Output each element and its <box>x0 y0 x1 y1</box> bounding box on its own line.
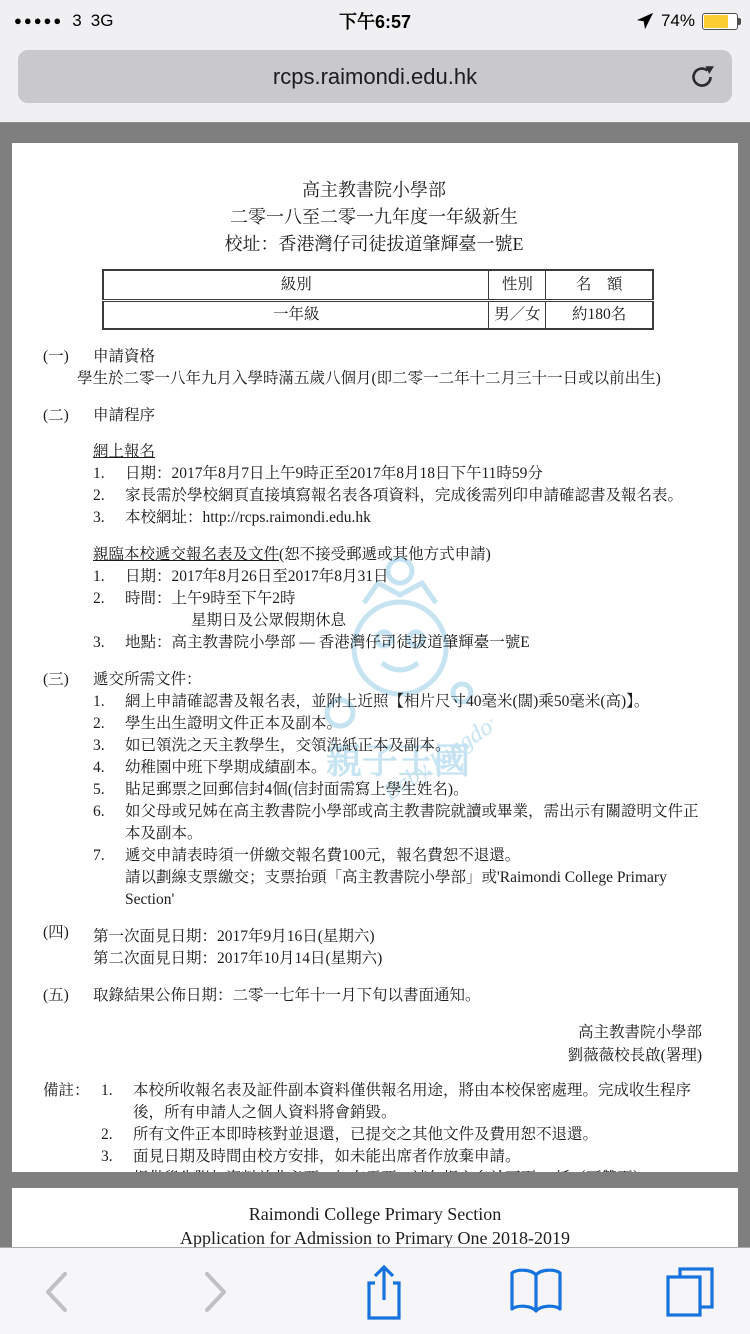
item-num: 3. <box>93 507 125 529</box>
quota-table-data-row: 一年級 男／女 約180名 <box>103 301 653 330</box>
section-5: (五) 取錄結果公佈日期：二零一七年十一月下旬以書面通知。 <box>43 985 705 1007</box>
forward-chevron-icon <box>203 1270 229 1314</box>
interview-date-2: 第二次面見日期：2017年10月14日(星期六) <box>93 948 705 970</box>
inperson-heading-rest: (恕不接受郵遞或其他方式申請) <box>279 546 491 563</box>
item-num: 1. <box>93 463 125 485</box>
item-text: 遞交申請表時須一併繳交報名費100元，報名費恕不退還。 <box>125 847 520 864</box>
location-arrow-icon <box>636 12 654 30</box>
item-text: 如已領洗之天主教學生，交領洗紙正本及副本。 <box>125 735 705 757</box>
section-1: (一) 申請資格 <box>43 346 705 368</box>
forward-button[interactable] <box>188 1248 244 1334</box>
item-text: 幼稚園中班下學期成績副本。 <box>125 757 705 779</box>
section-2: (二) 申請程序 <box>43 405 705 427</box>
item-text: 所有文件正本即時核對並退還，已提交之其他文件及費用恕不退還。 <box>133 1124 705 1146</box>
section-4: (四) 第一次面見日期：2017年9月16日(星期六) 第二次面見日期：2017… <box>43 926 705 970</box>
list-item: 7. 遞交申請表時須一併繳交報名費100元，報名費恕不退還。 請以劃線支票繳交；… <box>93 845 705 911</box>
list-item: 3. 地點：高主教書院小學部 — 香港灣仔司徒拔道肇輝臺一號E <box>93 632 705 654</box>
document-content: 高主教書院小學部 二零一八至二零一九年度一年級新生 校址：香港灣仔司徒拔道肇輝臺… <box>12 143 738 1172</box>
item-num: 6. <box>93 801 125 845</box>
document-page-2: Raimondi College Primary Section Applica… <box>12 1188 738 1247</box>
item-num: 3. <box>93 735 125 757</box>
back-chevron-icon <box>43 1270 69 1314</box>
signature-school: 高主教書院小學部 <box>43 1021 702 1044</box>
list-item: 3. 本校網址：http://rcps.raimondi.edu.hk <box>93 507 705 529</box>
list-item: 1. 網上申請確認書及報名表，並附上近照【相片尺寸40毫米(闊)乘50毫米(高)… <box>93 691 705 713</box>
inperson-heading-underlined: 親臨本校遞交報名表及文件 <box>93 546 279 563</box>
interview-date-1: 第一次面見日期：2017年9月16日(星期六) <box>93 926 705 948</box>
header-sex: 性別 <box>489 270 546 301</box>
signature-block: 高主教書院小學部 劉薇薇校長啟(署理) <box>43 1021 705 1067</box>
section-3: (三) 遞交所需文件： <box>43 669 705 691</box>
section-3-label: (三) <box>43 669 93 691</box>
section-2-title: 申請程序 <box>93 405 705 427</box>
list-item: 1. 日期：2017年8月26日至2017年8月31日 <box>93 566 705 588</box>
item-text-wrap: 遞交申請表時須一併繳交報名費100元，報名費恕不退還。 請以劃線支票繳交；支票抬… <box>125 845 705 911</box>
cell-quota: 約180名 <box>546 301 653 330</box>
address-bar[interactable]: rcps.raimondi.edu.hk <box>18 50 732 103</box>
item-text: 本校所收報名表及証件副本資料僅供報名用途，將由本校保密處理。完成收生程序後，所有… <box>133 1080 705 1124</box>
item-num: 3. <box>93 632 125 654</box>
battery-percent-label: 74% <box>661 11 695 31</box>
doc-title-address: 校址：香港灣仔司徒拔道肇輝臺一號E <box>43 231 705 258</box>
note-item: 4. 提供學生附加資料並非必要，如有需要，請勿提交多於兩頁A4紙（可雙面）。 <box>101 1168 705 1172</box>
notes-list: 1. 本校所收報名表及証件副本資料僅供報名用途，將由本校保密處理。完成收生程序後… <box>101 1080 705 1172</box>
item-num: 4. <box>93 757 125 779</box>
item-num: 7. <box>93 845 125 911</box>
notes-label: 備註： <box>43 1080 101 1172</box>
inperson-heading: 親臨本校遞交報名表及文件(恕不接受郵遞或其他方式申請) <box>93 544 705 566</box>
item-num: 2. <box>101 1124 133 1146</box>
list-item: 6. 如父母或兄姊在高主教書院小學部或高主教書院就讀或畢業，需出示有關證明文件正… <box>93 801 705 845</box>
section-4-label: (四) <box>43 922 93 966</box>
item-num: 1. <box>93 691 125 713</box>
item-num: 2. <box>93 485 125 507</box>
section-4-body: 第一次面見日期：2017年9月16日(星期六) 第二次面見日期：2017年10月… <box>93 926 705 970</box>
item-num: 1. <box>93 566 125 588</box>
note-item: 3. 面見日期及時間由校方安排，如未能出席者作放棄申請。 <box>101 1146 705 1168</box>
item-num: 2. <box>93 713 125 735</box>
battery-nub <box>738 18 741 25</box>
item-text: 面見日期及時間由校方安排，如未能出席者作放棄申請。 <box>133 1146 705 1168</box>
inperson-submission-block: 親臨本校遞交報名表及文件(恕不接受郵遞或其他方式申請) 1. 日期：2017年8… <box>93 544 705 654</box>
signature-principal: 劉薇薇校長啟(署理) <box>43 1044 702 1067</box>
status-right: 74% <box>636 0 738 42</box>
list-item: 5. 貼足郵票之回郵信封4個(信封面需寫上學生姓名)。 <box>93 779 705 801</box>
quota-table-header-row: 級別 性別 名 額 <box>103 270 653 301</box>
battery-fill <box>704 15 728 28</box>
item-text: 日期：2017年8月7日上午9時正至2017年8月18日下午11時59分 <box>125 463 705 485</box>
item-text: 貼足郵票之回郵信封4個(信封面需寫上學生姓名)。 <box>125 779 705 801</box>
notes-block: 備註： 1. 本校所收報名表及証件副本資料僅供報名用途，將由本校保密處理。完成收… <box>43 1080 705 1172</box>
result-announcement: 取錄結果公佈日期：二零一七年十一月下旬以書面通知。 <box>93 985 705 1007</box>
doc-title-school: 高主教書院小學部 <box>43 177 705 204</box>
item-num: 3. <box>101 1146 133 1168</box>
item-subtext-cheque: 請以劃線支票繳交；支票抬頭「高主教書院小學部」或'Raimondi Colleg… <box>125 867 705 911</box>
list-item: 1. 日期：2017年8月7日上午9時正至2017年8月18日下午11時59分 <box>93 463 705 485</box>
safari-bottom-toolbar <box>0 1247 750 1334</box>
doc-title-year: 二零一八至二零一九年度一年級新生 <box>43 204 705 231</box>
item-subtext: 星期日及公眾假期休息 <box>125 610 705 632</box>
iphone-screen: ●●●●● 3 3G 下午6:57 74% rcps.raimondi.edu.… <box>0 0 750 1334</box>
cell-grade: 一年級 <box>103 301 489 330</box>
item-text: 如父母或兄姊在高主教書院小學部或高主教書院就讀或畢業，需出示有關證明文件正本及副… <box>125 801 705 845</box>
header-quota: 名 額 <box>546 270 653 301</box>
section-2-label: (二) <box>43 405 93 427</box>
reload-icon[interactable] <box>688 63 716 91</box>
item-text-wrap: 時間：上午9時至下午2時 星期日及公眾假期休息 <box>125 588 705 632</box>
tabs-button[interactable] <box>658 1248 722 1334</box>
book-icon <box>507 1267 565 1317</box>
page2-title-en: Raimondi College Primary Section <box>12 1202 738 1226</box>
safari-top-chrome: ●●●●● 3 3G 下午6:57 74% rcps.raimondi.edu.… <box>0 0 750 123</box>
section-1-title: 申請資格 <box>93 346 705 368</box>
bookmarks-button[interactable] <box>502 1248 570 1334</box>
required-documents-list: 1. 網上申請確認書及報名表，並附上近照【相片尺寸40毫米(闊)乘50毫米(高)… <box>93 691 705 911</box>
section-1-label: (一) <box>43 346 93 368</box>
item-text: 學生出生證明文件正本及副本。 <box>125 713 705 735</box>
share-button[interactable] <box>352 1248 416 1334</box>
share-icon <box>361 1262 407 1322</box>
list-item: 2. 時間：上午9時至下午2時 星期日及公眾假期休息 <box>93 588 705 632</box>
online-registration-block: 網上報名 1. 日期：2017年8月7日上午9時正至2017年8月18日下午11… <box>93 441 705 529</box>
section-1-body: 學生於二零一八年九月入學時滿五歲八個月(即二零一二年十二月三十一日或以前出生) <box>77 368 705 390</box>
item-text: 地點：高主教書院小學部 — 香港灣仔司徒拔道肇輝臺一號E <box>125 632 705 654</box>
list-item: 4. 幼稚園中班下學期成績副本。 <box>93 757 705 779</box>
document-titles: 高主教書院小學部 二零一八至二零一九年度一年級新生 校址：香港灣仔司徒拔道肇輝臺… <box>43 177 705 258</box>
item-num: 4. <box>101 1168 133 1172</box>
item-text: 時間：上午9時至下午2時 <box>125 590 296 607</box>
tabs-icon <box>664 1265 716 1319</box>
section-5-label: (五) <box>43 985 93 1007</box>
item-text-school-url: 本校網址：http://rcps.raimondi.edu.hk <box>125 507 705 529</box>
item-num: 1. <box>101 1080 133 1124</box>
section-3-title: 遞交所需文件： <box>93 669 705 691</box>
note-item: 1. 本校所收報名表及証件副本資料僅供報名用途，將由本校保密處理。完成收生程序後… <box>101 1080 705 1124</box>
document-page-1: 親子王國 Baby Kingdom 高主教書院小學部 二零一八至二零一九年度一年… <box>12 143 738 1172</box>
url-text: rcps.raimondi.edu.hk <box>273 64 477 90</box>
item-num: 2. <box>93 588 125 632</box>
list-item: 3. 如已領洗之天主教學生，交領洗紙正本及副本。 <box>93 735 705 757</box>
item-text: 家長需於學校網頁直接填寫報名表各項資料，完成後需列印申請確認書及報名表。 <box>125 485 705 507</box>
item-text: 網上申請確認書及報名表，並附上近照【相片尺寸40毫米(闊)乘50毫米(高)】。 <box>125 691 705 713</box>
battery-icon <box>702 13 738 30</box>
list-item: 2. 學生出生證明文件正本及副本。 <box>93 713 705 735</box>
status-bar: ●●●●● 3 3G 下午6:57 74% <box>0 0 750 42</box>
note-item: 2. 所有文件正本即時核對並退還，已提交之其他文件及費用恕不退還。 <box>101 1124 705 1146</box>
item-num: 5. <box>93 779 125 801</box>
page2-subtitle-en: Application for Admission to Primary One… <box>12 1226 738 1247</box>
back-button[interactable] <box>28 1248 84 1334</box>
list-item: 2. 家長需於學校網頁直接填寫報名表各項資料，完成後需列印申請確認書及報名表。 <box>93 485 705 507</box>
cell-sex: 男／女 <box>489 301 546 330</box>
item-text: 提供學生附加資料並非必要，如有需要，請勿提交多於兩頁A4紙（可雙面）。 <box>133 1168 705 1172</box>
header-grade: 級別 <box>103 270 489 301</box>
item-text: 日期：2017年8月26日至2017年8月31日 <box>125 566 705 588</box>
quota-table: 級別 性別 名 額 一年級 男／女 約180名 <box>102 269 654 330</box>
online-heading: 網上報名 <box>93 441 705 463</box>
